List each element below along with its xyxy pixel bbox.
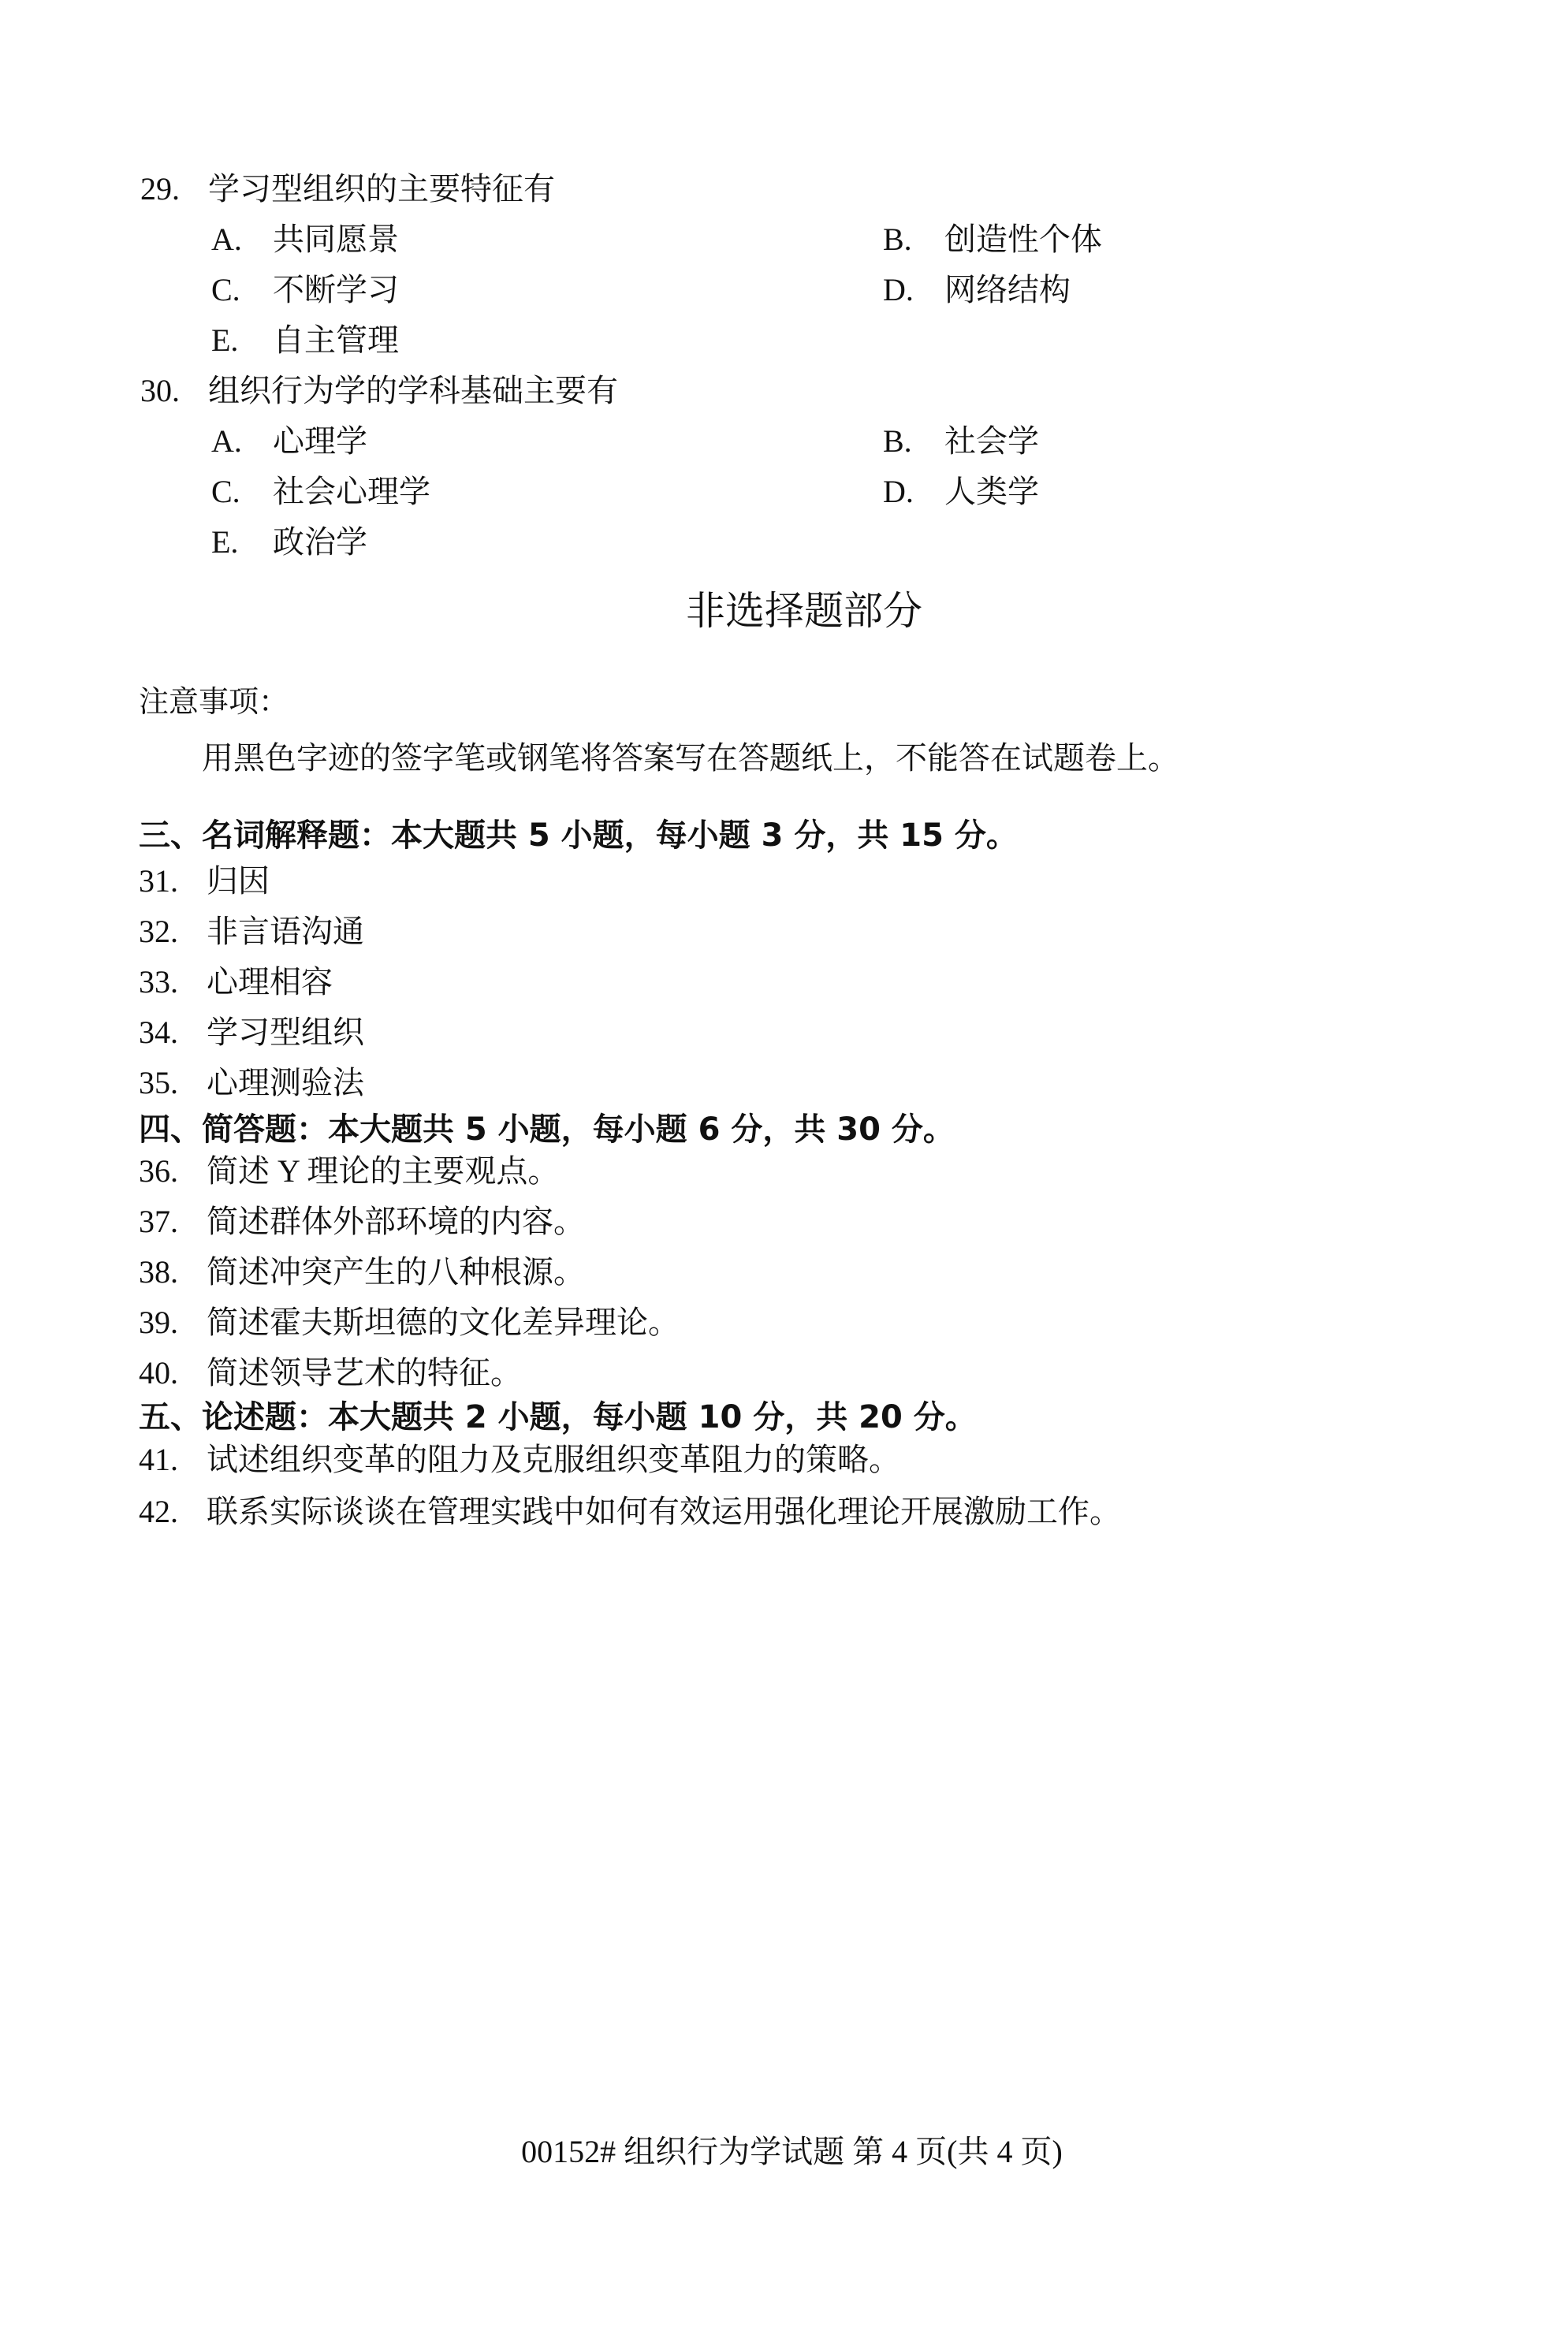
exam-page: 29. 学习型组织的主要特征有 A.共同愿景 B.创造性个体 C.不断学习 D.… (0, 0, 1568, 2338)
option-b: B.创造性个体 (883, 214, 1102, 265)
options-row: C.社会心理学 D.人类学 (0, 467, 1568, 517)
options-row: A.共同愿景 B.创造性个体 (0, 214, 1568, 265)
option-a: A.心理学 (211, 416, 367, 467)
notice-text: 用黑色字迹的签字笔或钢笔将答案写在答题纸上，不能答在试题卷上。 (202, 733, 1179, 784)
option-c: C.社会心理学 (211, 467, 430, 517)
page-footer: 00152# 组织行为学试题 第 4 页(共 4 页) (0, 2128, 1568, 2176)
options-row: E.自主管理 (0, 315, 1568, 366)
option-d: D.网络结构 (883, 265, 1071, 315)
option-b: B.社会学 (883, 416, 1039, 467)
option-a: A.共同愿景 (211, 214, 399, 265)
section-heading: 五、论述题：本大题共 2 小题，每小题 10 分，共 20 分。 (139, 1394, 977, 1441)
question-text: 组织行为学的学科基础主要有 (208, 366, 618, 416)
notice-label: 注意事项： (139, 676, 289, 727)
option-c: C.不断学习 (211, 265, 399, 315)
question-number: 29. (140, 164, 180, 214)
question-text: 学习型组织的主要特征有 (208, 164, 555, 214)
section-heading: 三、名词解释题：本大题共 5 小题，每小题 3 分，共 15 分。 (139, 812, 1018, 859)
options-row: E.政治学 (0, 517, 1568, 568)
option-d: D.人类学 (883, 467, 1039, 517)
options-row: A.心理学 B.社会学 (0, 416, 1568, 467)
question-29: 29. 学习型组织的主要特征有 (0, 164, 1568, 214)
options-row: C.不断学习 D.网络结构 (0, 265, 1568, 315)
option-e: E.政治学 (211, 517, 367, 568)
question-30: 30. 组织行为学的学科基础主要有 (0, 366, 1568, 416)
section-title: 非选择题部分 (0, 583, 1568, 638)
option-e: E.自主管理 (211, 315, 399, 366)
section-heading: 四、简答题：本大题共 5 小题，每小题 6 分，共 30 分。 (139, 1106, 955, 1153)
question-number: 30. (140, 366, 180, 416)
